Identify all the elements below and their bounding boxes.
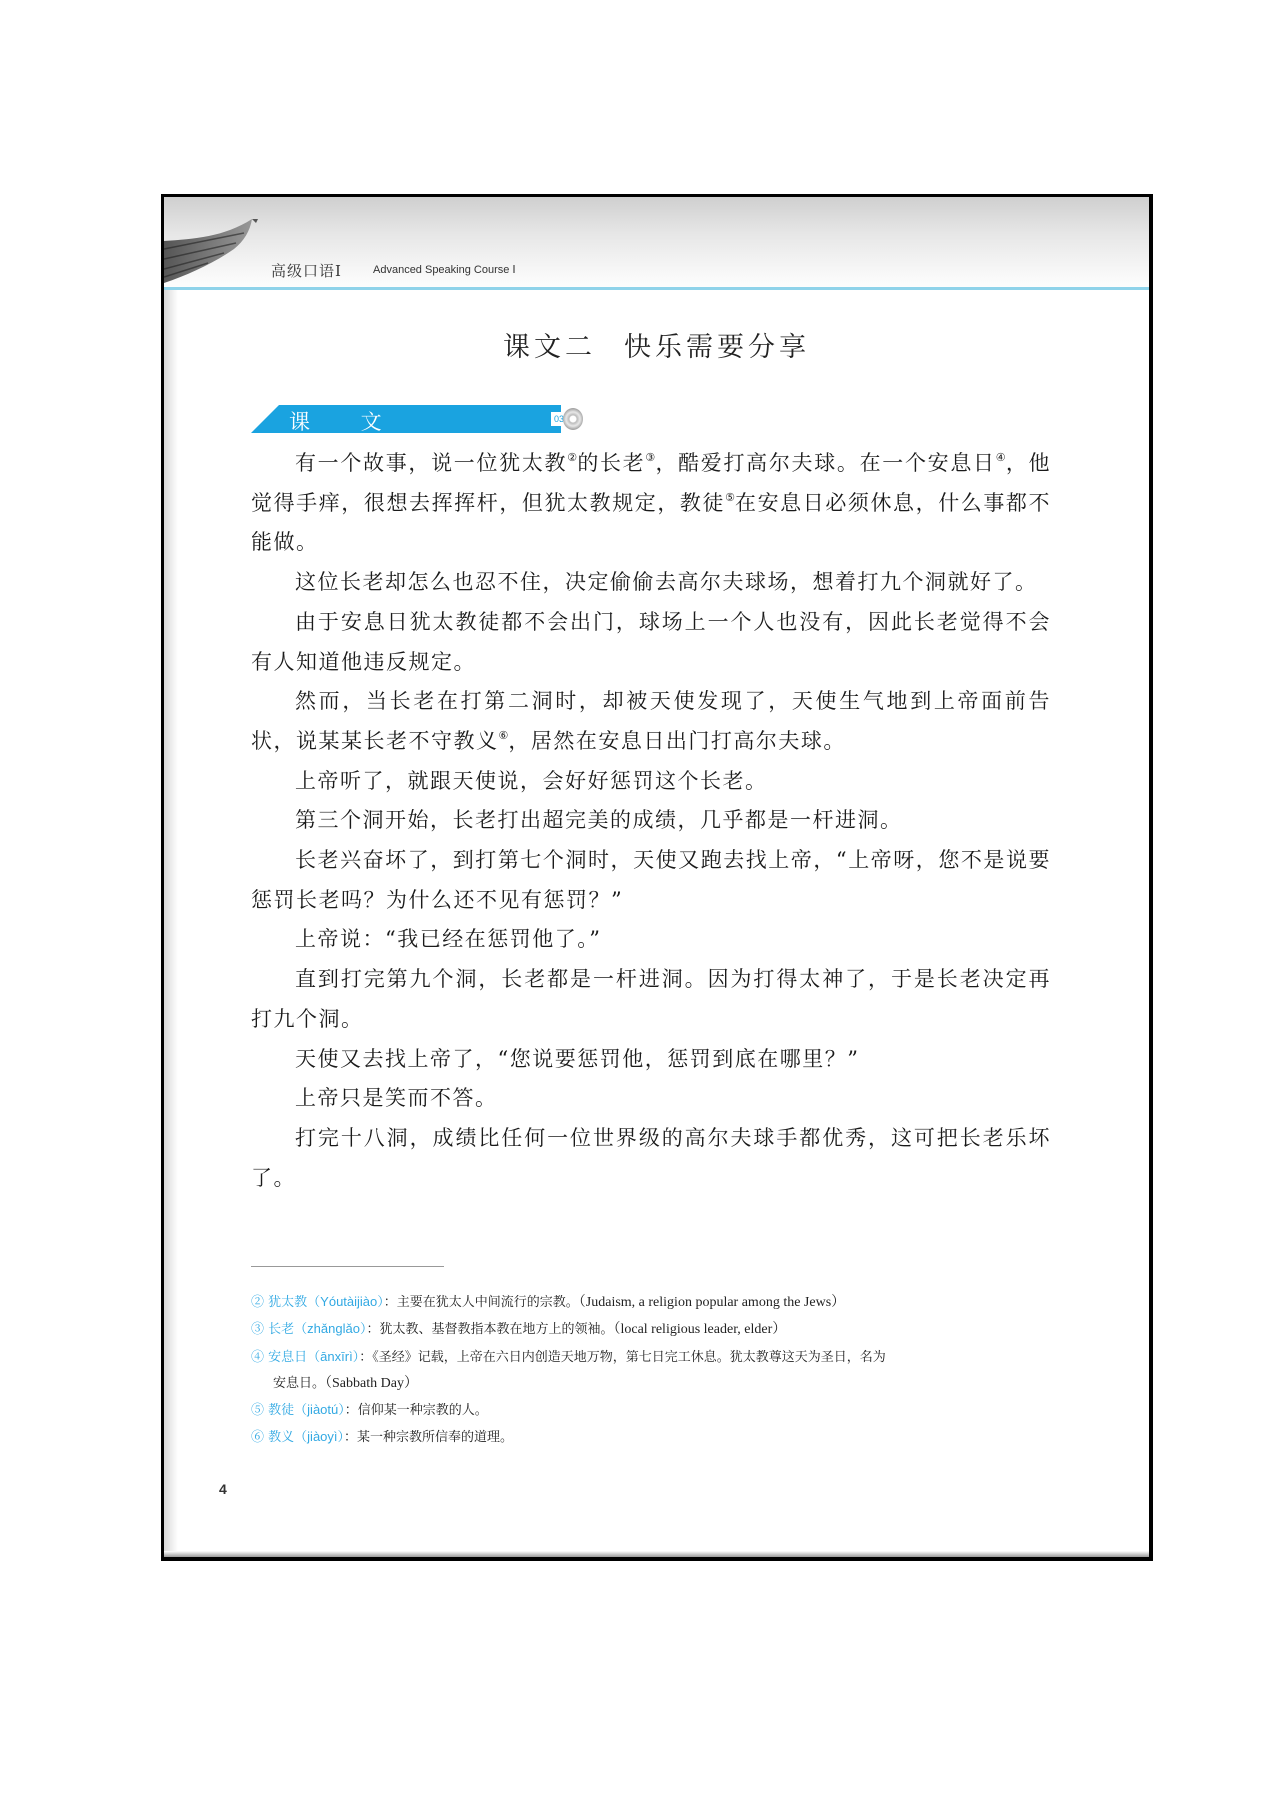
paragraph-text: ，居然在安息日出门打高尔夫球。 [508,729,846,753]
footnote-pinyin: （jiàotú） [294,1402,345,1417]
footnote-english: （Judaism, a religion popular among the J… [579,1295,845,1310]
paragraph: 打完十八洞，成绩比任何一位世界级的高尔夫球手都优秀，这可把长老乐坏了。 [251,1119,1051,1198]
footnote-term: 教义 [268,1430,294,1445]
footnote-pinyin: （ānxīrì） [307,1349,359,1364]
paragraph: 由于安息日犹太教徒都不会出门，球场上一个人也没有，因此长老觉得不会有人知道他违反… [251,603,1051,682]
header-book-title-en: Advanced Speaking Course Ⅰ [373,263,516,276]
header-book-title-cn: 高级口语Ⅰ [271,260,342,281]
lesson-body: 有一个故事，说一位犹太教②的长老③，酷爱打高尔夫球。在一个安息日④，他觉得手痒，… [251,444,1051,1198]
footnote-marker: ⑥ [251,1430,264,1445]
footnotes: ② 犹太教（Yóutàijiào）：主要在犹太人中间流行的宗教。（Judaism… [251,1289,1051,1452]
footnote-marker: ⑤ [251,1403,264,1418]
footnote-marker: ④ [251,1350,264,1365]
paragraph: 第三个洞开始，长老打出超完美的成绩，几乎都是一杆进洞。 [251,801,1051,841]
footnote-definition: ：某一种宗教所信奉的道理。 [344,1430,513,1445]
paragraph: 直到打完第九个洞，长老都是一杆进洞。因为打得太神了，于是长老决定再打九个洞。 [251,960,1051,1039]
footnote-term: 安息日 [268,1350,307,1365]
lesson-number: 课文二 [503,332,596,363]
footnote-divider [251,1266,444,1267]
paragraph: 有一个故事，说一位犹太教②的长老③，酷爱打高尔夫球。在一个安息日④，他觉得手痒，… [251,444,1051,563]
running-header: 高级口语Ⅰ Advanced Speaking Course Ⅰ [164,197,1149,290]
footnote-definition: ：《圣经》记载，上帝在六日内创造天地万物，第七日完工休息。犹太教尊这天为圣日，名… [359,1350,886,1365]
paragraph: 这位长老却怎么也忍不住，决定偷偷去高尔夫球场，想着打九个洞就好了。 [251,563,1051,603]
footnote-term: 犹太教 [268,1295,307,1310]
footnote-reference[interactable]: ⑥ [499,729,509,742]
footnote-definition: ：信仰某一种宗教的人。 [345,1403,488,1418]
footnote-term: 长老 [268,1322,294,1337]
footnote-pinyin: （zhǎnglǎo） [294,1321,366,1336]
cd-audio-icon[interactable] [563,408,583,430]
lesson-name: 快乐需要分享 [624,332,810,363]
footnote-reference[interactable]: ④ [996,451,1006,464]
footnote-english: （Sabbath Day） [325,1376,418,1391]
footnote-item: ⑤ 教徒（jiàotú）：信仰某一种宗教的人。 [251,1397,1051,1424]
footnote-item: ③ 长老（zhǎnglǎo）：犹太教、基督教指本教在地方上的领袖。（local … [251,1316,1051,1343]
footnote-marker: ② [251,1295,264,1310]
footnote-reference[interactable]: ⑤ [725,491,735,504]
chinese-roof-eave-icon [164,219,269,289]
footnote-pinyin: （jiàoyì） [294,1429,344,1444]
paragraph: 上帝说：“我已经在惩罚他了。” [251,920,1051,960]
paragraph-text: 有一个故事，说一位犹太教 [295,451,567,475]
footnote-item: ④ 安息日（ānxīrì）：《圣经》记载，上帝在六日内创造天地万物，第七日完工休… [251,1344,1051,1371]
paragraph-text: 的长老 [577,451,645,475]
footnote-item: ② 犹太教（Yóutàijiào）：主要在犹太人中间流行的宗教。（Judaism… [251,1289,1051,1316]
footnote-english: （local religious leader, elder） [613,1322,786,1337]
footnote-definition: ：主要在犹太人中间流行的宗教。 [384,1295,579,1310]
footnote-reference[interactable]: ③ [645,451,655,464]
footnote-reference[interactable]: ② [567,451,577,464]
lesson-title: 课文二快乐需要分享 [164,325,1149,364]
footnote-definition: ：犹太教、基督教指本教在地方上的领袖。 [366,1322,613,1337]
footnote-continuation-text: 安息日。 [251,1376,325,1391]
paragraph: 然而，当长老在打第二洞时，却被天使发现了，天使生气地到上帝面前告状，说某某长老不… [251,682,1051,761]
footnote-continuation: 安息日。（Sabbath Day） [251,1371,1051,1397]
footnote-pinyin: （Yóutàijiào） [307,1294,384,1309]
page-number: 4 [219,1481,227,1497]
paragraph: 天使又去找上帝了，“您说要惩罚他，惩罚到底在哪里？” [251,1040,1051,1080]
section-banner: 课 文 03 [251,405,581,433]
paragraph: 上帝听了，就跟天使说，会好好惩罚这个长老。 [251,762,1051,802]
footnote-item: ⑥ 教义（jiàoyì）：某一种宗教所信奉的道理。 [251,1424,1051,1451]
paragraph-text: ，酷爱打高尔夫球。在一个安息日 [655,451,995,475]
paragraph: 长老兴奋坏了，到打第七个洞时，天使又跑去找上帝，“上帝呀，您不是说要惩罚长老吗？… [251,841,1051,920]
footnote-term: 教徒 [268,1403,294,1418]
footnote-marker: ③ [251,1322,264,1337]
section-label: 课 文 [289,406,404,436]
paragraph: 上帝只是笑而不答。 [251,1079,1051,1119]
textbook-page: 高级口语Ⅰ Advanced Speaking Course Ⅰ 课文二快乐需要… [161,194,1153,1561]
